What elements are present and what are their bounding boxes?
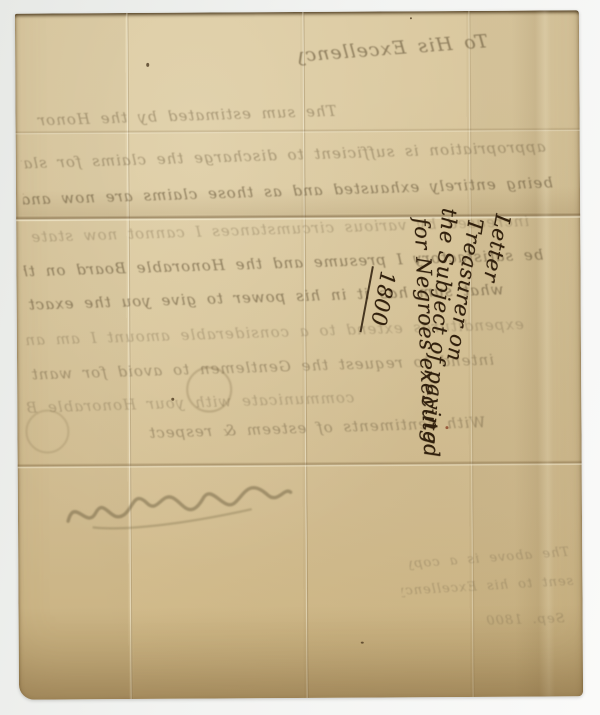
seal-ring-ghost [25,409,69,453]
scanner-background: To His Excellency The sum estimated by t… [0,0,600,715]
horizontal-fold-crease [18,460,582,468]
paper-speck [146,63,149,67]
paper-speck [361,642,364,644]
right-edge-fold-shading [511,10,555,696]
ghost-line-date: Sep. 1800 [479,611,564,629]
seal-ring-ghost [186,366,232,412]
endorsement-year: 1800 [359,266,401,338]
endorsement-annotation: Letter Treasurer on the Subject of payin… [363,197,517,447]
paper-speck [171,398,174,401]
document-paper: To His Excellency The sum estimated by t… [15,10,583,699]
paper-speck [410,17,412,19]
signature-ghost [59,462,298,540]
ghost-line: The sum estimated by the Honorable [36,102,336,130]
ghost-line-salutation: To His Excellency [298,30,489,66]
horizontal-fold-crease [16,127,580,134]
ghost-line: appropriation is sufficient to discharge… [21,138,546,173]
